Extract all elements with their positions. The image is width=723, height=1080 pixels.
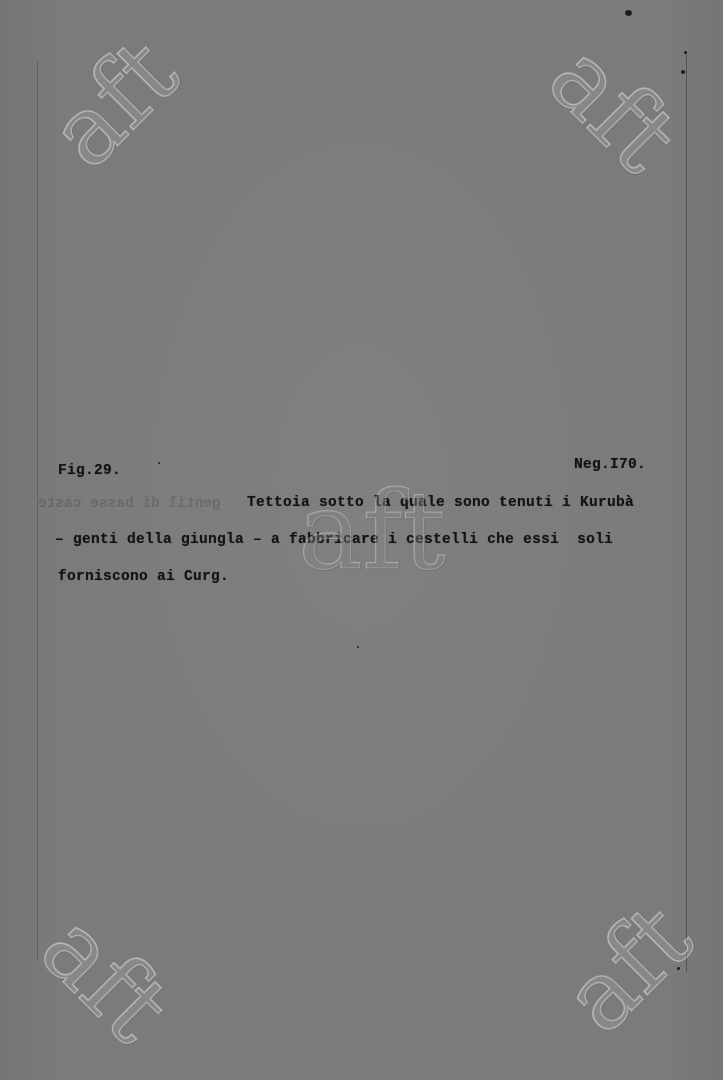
watermark-center: aft bbox=[298, 478, 446, 586]
watermark-bottom-left: aft bbox=[25, 898, 186, 1059]
dust-speck bbox=[625, 10, 632, 16]
caption-line-3: forniscono ai Curg. bbox=[58, 569, 229, 585]
watermark-bottom-right: aft bbox=[547, 888, 708, 1049]
card-right-edge bbox=[686, 52, 687, 972]
watermark-top-left: aft bbox=[33, 23, 194, 184]
negative-label: Neg.I70. bbox=[574, 457, 646, 473]
dust-speck bbox=[357, 646, 359, 648]
figure-label: Fig.29. bbox=[58, 463, 121, 479]
bleed-through-text: gentil di basse caste bbox=[38, 496, 221, 512]
dust-speck bbox=[158, 462, 160, 464]
watermark-top-right: aft bbox=[533, 28, 694, 189]
dust-speck bbox=[684, 51, 687, 54]
dust-speck bbox=[681, 70, 685, 74]
